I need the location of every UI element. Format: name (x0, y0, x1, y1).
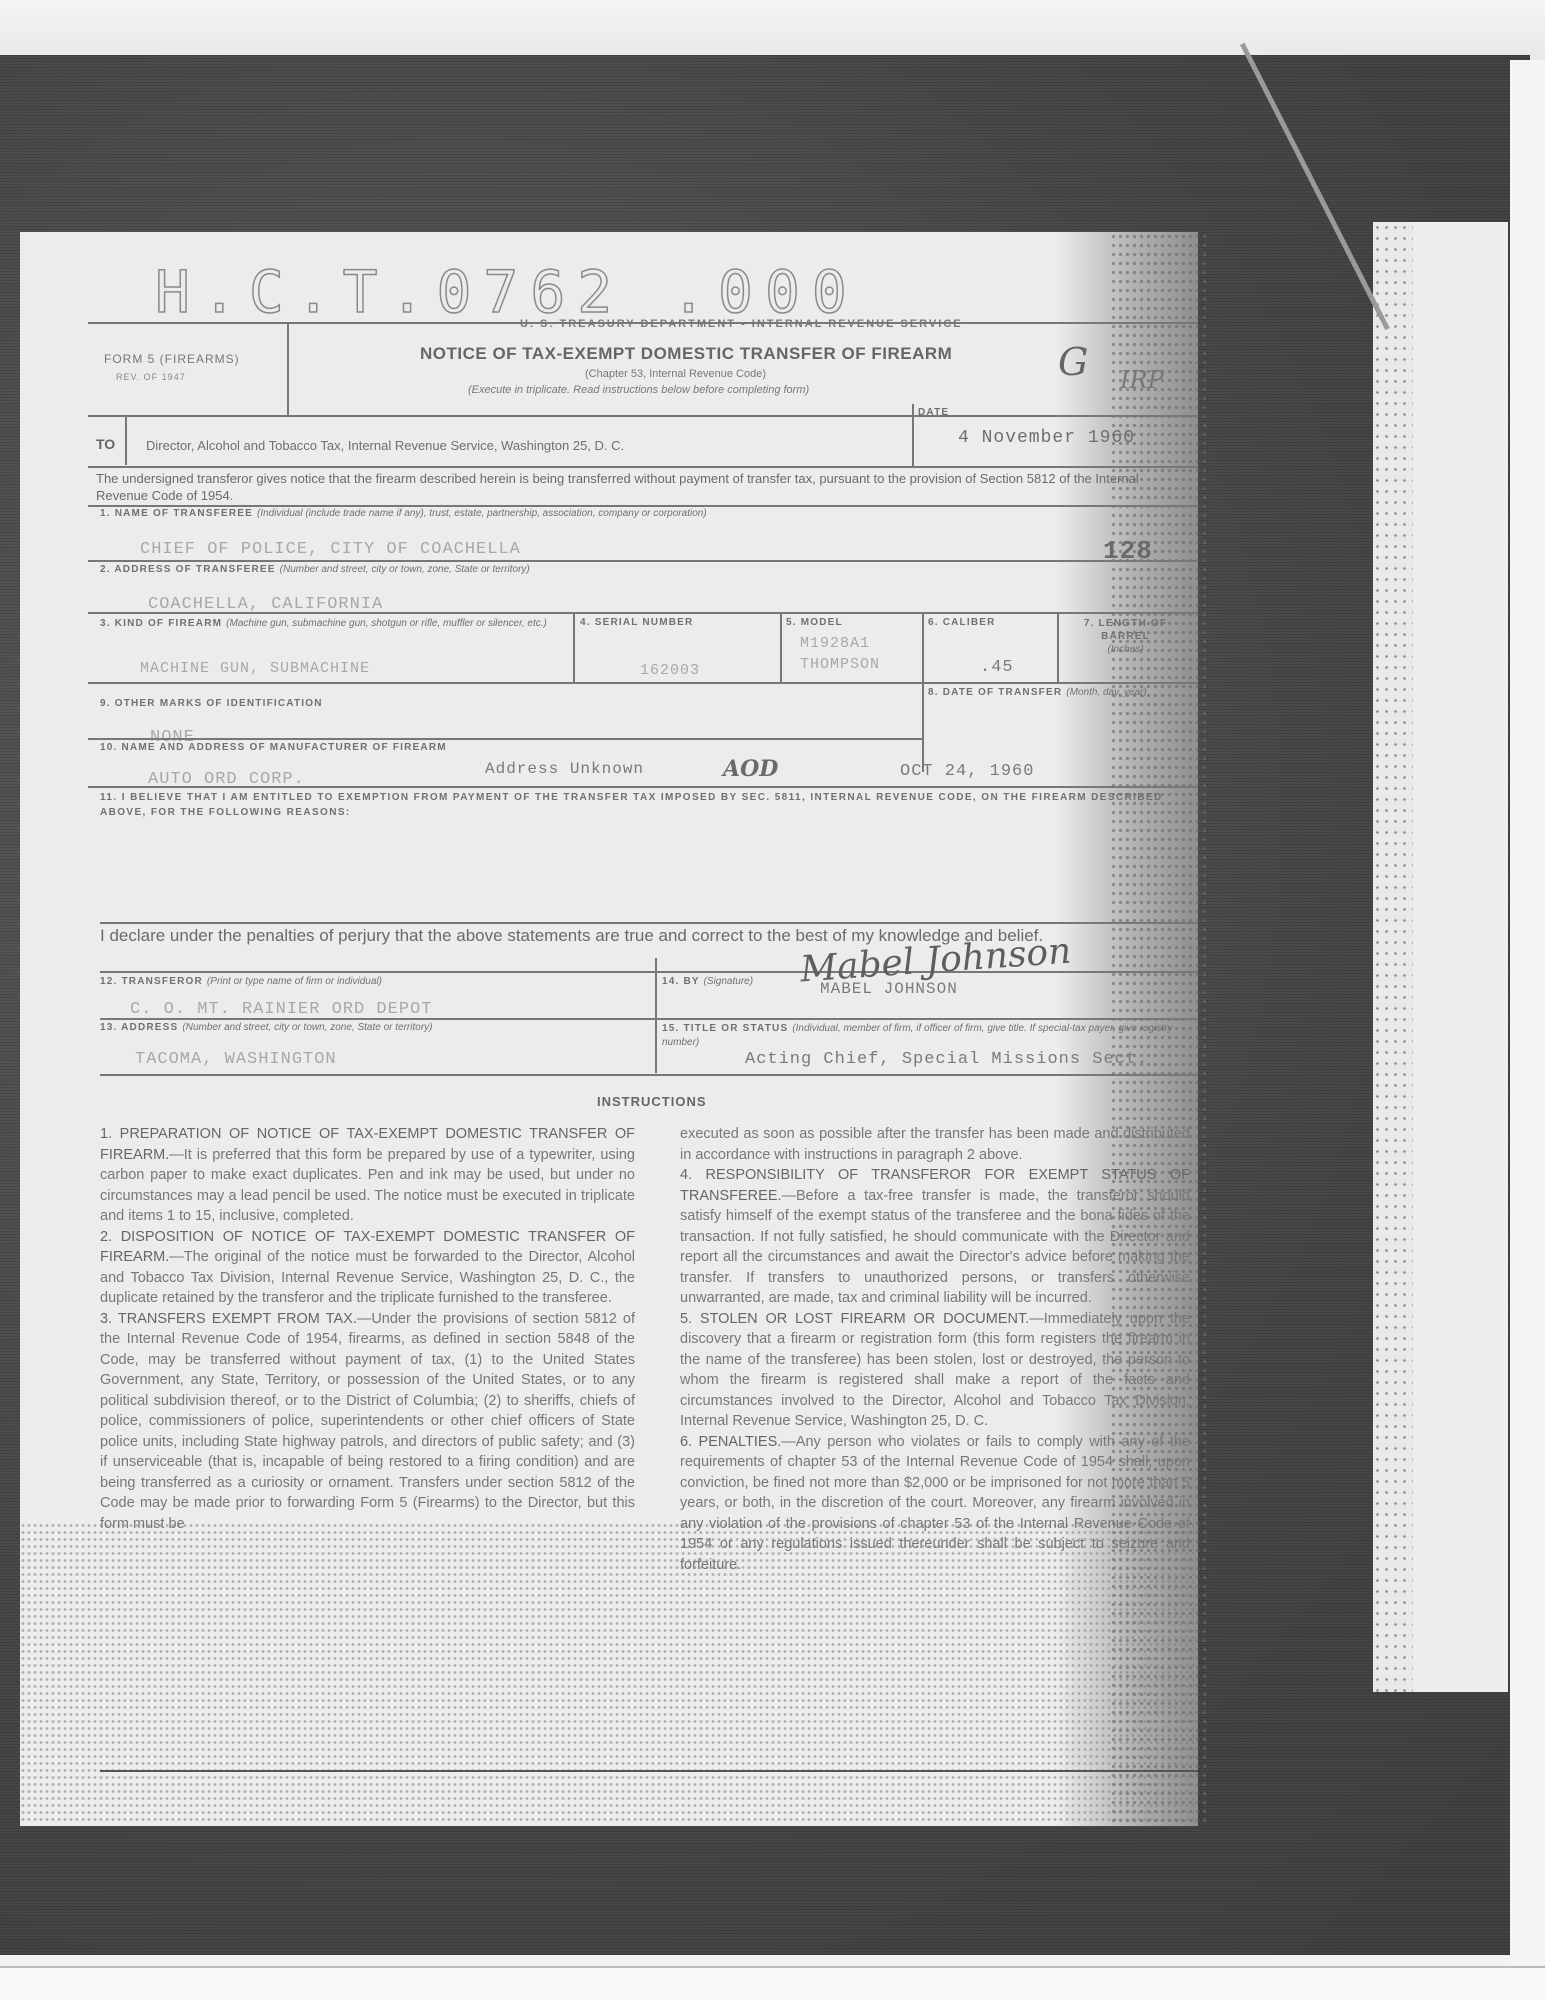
transferor-title: Acting Chief, Special Missions Sect. (745, 1050, 1148, 1069)
field-8-label: 8. DATE OF TRANSFER (Month, day, year) (928, 686, 1188, 700)
department-heading: U. S. TREASURY DEPARTMENT - INTERNAL REV… (520, 318, 963, 330)
field-3-label: 3. KIND OF FIREARM (Machine gun, submach… (100, 617, 560, 631)
serial-number: 162003 (640, 662, 700, 679)
model-number: M1928A1 (800, 635, 870, 652)
adjacent-page-strip (1373, 222, 1508, 1692)
instruction-2: 2. DISPOSITION OF NOTICE OF TAX-EXEMPT D… (100, 1227, 635, 1309)
field-10-label: 10. NAME AND ADDRESS OF MANUFACTURER OF … (100, 742, 447, 753)
form-subtitle: (Chapter 53, Internal Revenue Code) (585, 368, 766, 380)
transferee-name: CHIEF OF POLICE, CITY OF COACHELLA (140, 540, 521, 559)
scan-right-margin (1510, 60, 1545, 1970)
signer-name: MABEL JOHNSON (820, 980, 958, 998)
instructions-heading: INSTRUCTIONS (597, 1094, 707, 1109)
instruction-5: 5. STOLEN OR LOST FIREARM OR DOCUMENT.—I… (680, 1309, 1190, 1432)
to-recipient: Director, Alcohol and Tobacco Tax, Inter… (146, 438, 624, 453)
date-value: 4 November 1960 (958, 428, 1135, 448)
instruction-1: 1. PREPARATION OF NOTICE OF TAX-EXEMPT D… (100, 1124, 635, 1227)
field-9-label: 9. OTHER MARKS OF IDENTIFICATION (100, 698, 323, 709)
field-5-label: 5. MODEL (786, 617, 843, 628)
instruction-6: 6. PENALTIES.—Any person who violates or… (680, 1432, 1190, 1576)
scan-bottom-margin (0, 1966, 1545, 2000)
form-number: FORM 5 (FIREARMS) (104, 352, 240, 366)
field-2-label: 2. ADDRESS OF TRANSFEREE (Number and str… (100, 564, 530, 575)
to-label: TO (96, 436, 115, 452)
transferor-name: C. O. MT. RAINIER ORD DEPOT (130, 1000, 432, 1019)
field-6-label: 6. CALIBER (928, 617, 996, 628)
field-15-label: 15. TITLE OR STATUS (Individual, member … (662, 1022, 1197, 1050)
field-13-label: 13. ADDRESS (Number and street, city or … (100, 1022, 432, 1033)
form-title: NOTICE OF TAX-EXEMPT DOMESTIC TRANSFER O… (420, 344, 952, 364)
field-12-label: 12. TRANSFEROR (Print or type name of fi… (100, 976, 382, 987)
execution-instruction: (Execute in triplicate. Read instruction… (468, 384, 809, 396)
instructions-column-2: executed as soon as possible after the t… (680, 1124, 1190, 1575)
handwritten-mark: G (1058, 340, 1088, 384)
firearm-kind: MACHINE GUN, SUBMACHINE (140, 660, 370, 677)
model-name: THOMPSON (800, 656, 880, 673)
scan-top-margin (0, 0, 1545, 62)
instruction-3: 3. TRANSFERS EXEMPT FROM TAX.—Under the … (100, 1309, 635, 1535)
field-1-label: 1. NAME OF TRANSFEREE (Individual (inclu… (100, 508, 707, 519)
instructions-column-1: 1. PREPARATION OF NOTICE OF TAX-EXEMPT D… (100, 1124, 635, 1534)
handwritten-aod: AOD (723, 756, 778, 782)
exemption-reasons-field (100, 830, 1180, 920)
caliber: .45 (980, 658, 1014, 677)
date-label: DATE (918, 407, 949, 418)
notice-statement: The undersigned transferor gives notice … (96, 470, 1191, 504)
perforated-serial-stamp: H.C.T.0762 .000 (155, 258, 859, 326)
instruction-1-continued: executed as soon as possible after the t… (680, 1124, 1190, 1165)
transferor-address: TACOMA, WASHINGTON (135, 1050, 337, 1069)
field-7-label: 7. LENGTH OF BARREL(Inches) (1063, 617, 1188, 656)
form-revision: REV. OF 1947 (116, 372, 186, 382)
field-14-label: 14. BY (Signature) (662, 976, 753, 987)
instruction-4: 4. RESPONSIBILITY OF TRANSFEROR FOR EXEM… (680, 1165, 1190, 1309)
field-4-label: 4. SERIAL NUMBER (580, 617, 693, 628)
field-11-label: 11. I BELIEVE THAT I AM ENTITLED TO EXEM… (100, 790, 1180, 820)
manufacturer-address: Address Unknown (485, 760, 644, 778)
handwritten-initials: IRP (1120, 366, 1164, 394)
date-of-transfer: OCT 24, 1960 (900, 762, 1034, 781)
